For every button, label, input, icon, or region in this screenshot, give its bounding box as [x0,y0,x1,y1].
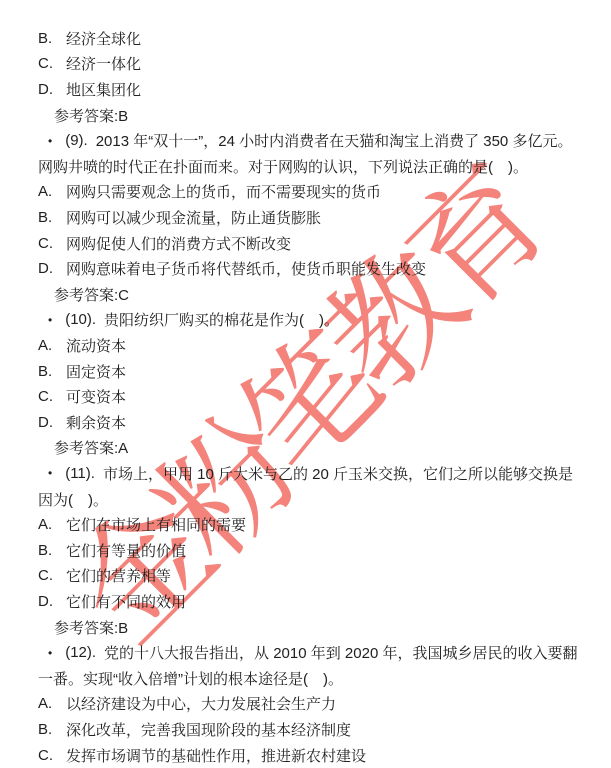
question-number: (11). [65,465,95,482]
option-text: 深化改革，完善我国现阶段的基本经济制度 [66,719,351,740]
answer-line: 参考答案:C [0,282,611,308]
option-text: 经济一体化 [66,53,141,74]
option-letter: B. [38,542,54,559]
answer-text: 参考答案:C [54,284,129,305]
document-page: 金粉笔教育 B.经济全球化C.经济一体化D.地区集团化参考答案:B•(9).20… [0,0,611,768]
option-line: B.网购可以减少现金流量，防止通货膨胀 [0,205,611,231]
answer-line: 参考答案:B [0,614,611,640]
option-line: C.可变资本 [0,384,611,410]
option-text: 流动资本 [66,335,126,356]
option-letter: C. [38,55,54,72]
wrap-line: 因为( )。 [0,486,611,512]
question-line: •(9).2013 年“双十一”，24 小时内消费者在天猫和淘宝上消费了 350… [0,128,611,154]
option-line: C.它们的营养相等 [0,563,611,589]
option-line: B.深化改革，完善我国现阶段的基本经济制度 [0,717,611,743]
answer-text: 参考答案:B [54,617,128,638]
option-letter: C. [38,747,54,764]
option-text: 可变资本 [66,386,126,407]
option-text: 地区集团化 [66,79,141,100]
answer-line: 参考答案:B [0,102,611,128]
option-line: A.流动资本 [0,333,611,359]
option-text: 以经济建设为中心，大力发展社会生产力 [66,693,336,714]
question-text: 市场上，甲用 10 斤大米与乙的 20 斤玉米交换，它们之所以能够交换是 [103,463,573,484]
option-letter: C. [38,388,54,405]
option-line: A.它们在市场上有相同的需要 [0,512,611,538]
option-letter: D. [38,414,54,431]
wrap-line: 一番。实现“收入倍增”计划的根本途径是( )。 [0,665,611,691]
wrap-text: 网购井喷的时代正在扑面而来。对于网购的认识，下列说法正确的是( )。 [38,156,528,177]
question-line: •(12).党的十八大报告指出，从 2010 年到 2020 年，我国城乡居民的… [0,640,611,666]
answer-text: 参考答案:B [54,105,128,126]
option-line: D.网购意味着电子货币将代替纸币，使货币职能发生改变 [0,256,611,282]
option-text: 网购可以减少现金流量，防止通货膨胀 [66,207,321,228]
option-text: 它们的营养相等 [66,565,171,586]
option-line: D.它们有不同的效用 [0,589,611,615]
question-number: (9). [65,132,88,149]
option-letter: D. [38,260,54,277]
option-line: B.经济全球化 [0,26,611,52]
question-text: 2013 年“双十一”，24 小时内消费者在天猫和淘宝上消费了 350 多亿元。 [96,130,573,151]
option-letter: D. [38,593,54,610]
option-text: 它们有不同的效用 [66,591,186,612]
option-line: B.固定资本 [0,358,611,384]
option-letter: B. [38,209,54,226]
option-line: C.网购促使人们的消费方式不断改变 [0,230,611,256]
option-line: A.网购只需要观念上的货币，而不需要现实的货币 [0,179,611,205]
option-text: 它们在市场上有相同的需要 [66,514,246,535]
question-number: (10). [65,311,96,328]
option-letter: C. [38,235,54,252]
answer-line: 参考答案:A [0,435,611,461]
option-letter: A. [38,695,54,712]
option-line: A.以经济建设为中心，大力发展社会生产力 [0,691,611,717]
option-letter: A. [38,337,54,354]
bullet-icon: • [48,313,52,327]
question-text: 贵阳纺织厂购买的棉花是作为( )。 [104,309,339,330]
option-letter: B. [38,721,54,738]
option-text: 固定资本 [66,361,126,382]
option-line: C.经济一体化 [0,51,611,77]
document-lines: B.经济全球化C.经济一体化D.地区集团化参考答案:B•(9).2013 年“双… [0,0,611,768]
wrap-text: 因为( )。 [38,489,108,510]
bullet-icon: • [48,466,52,480]
option-text: 网购促使人们的消费方式不断改变 [66,233,291,254]
answer-text: 参考答案:A [54,437,128,458]
option-letter: A. [38,183,54,200]
option-text: 发挥市场调节的基础性作用，推进新农村建设 [66,745,366,766]
option-text: 网购只需要观念上的货币，而不需要现实的货币 [66,181,381,202]
option-letter: A. [38,516,54,533]
option-line: D.剩余资本 [0,410,611,436]
bullet-icon: • [48,134,52,148]
question-line: •(10).贵阳纺织厂购买的棉花是作为( )。 [0,307,611,333]
question-number: (12). [65,644,96,661]
option-text: 网购意味着电子货币将代替纸币，使货币职能发生改变 [66,258,426,279]
option-letter: B. [38,363,54,380]
option-text: 它们有等量的价值 [66,540,186,561]
option-line: B.它们有等量的价值 [0,537,611,563]
option-line: C.发挥市场调节的基础性作用，推进新农村建设 [0,742,611,768]
bullet-icon: • [48,646,52,660]
question-text: 党的十八大报告指出，从 2010 年到 2020 年，我国城乡居民的收入要翻 [104,642,577,663]
option-letter: C. [38,567,54,584]
option-letter: B. [38,30,54,47]
question-line: •(11).市场上，甲用 10 斤大米与乙的 20 斤玉米交换，它们之所以能够交… [0,461,611,487]
option-text: 经济全球化 [66,28,141,49]
wrap-text: 一番。实现“收入倍增”计划的根本途径是( )。 [38,668,343,689]
wrap-line: 网购井喷的时代正在扑面而来。对于网购的认识，下列说法正确的是( )。 [0,154,611,180]
option-text: 剩余资本 [66,412,126,433]
option-line [0,0,611,26]
option-letter: D. [38,81,54,98]
option-line: D.地区集团化 [0,77,611,103]
